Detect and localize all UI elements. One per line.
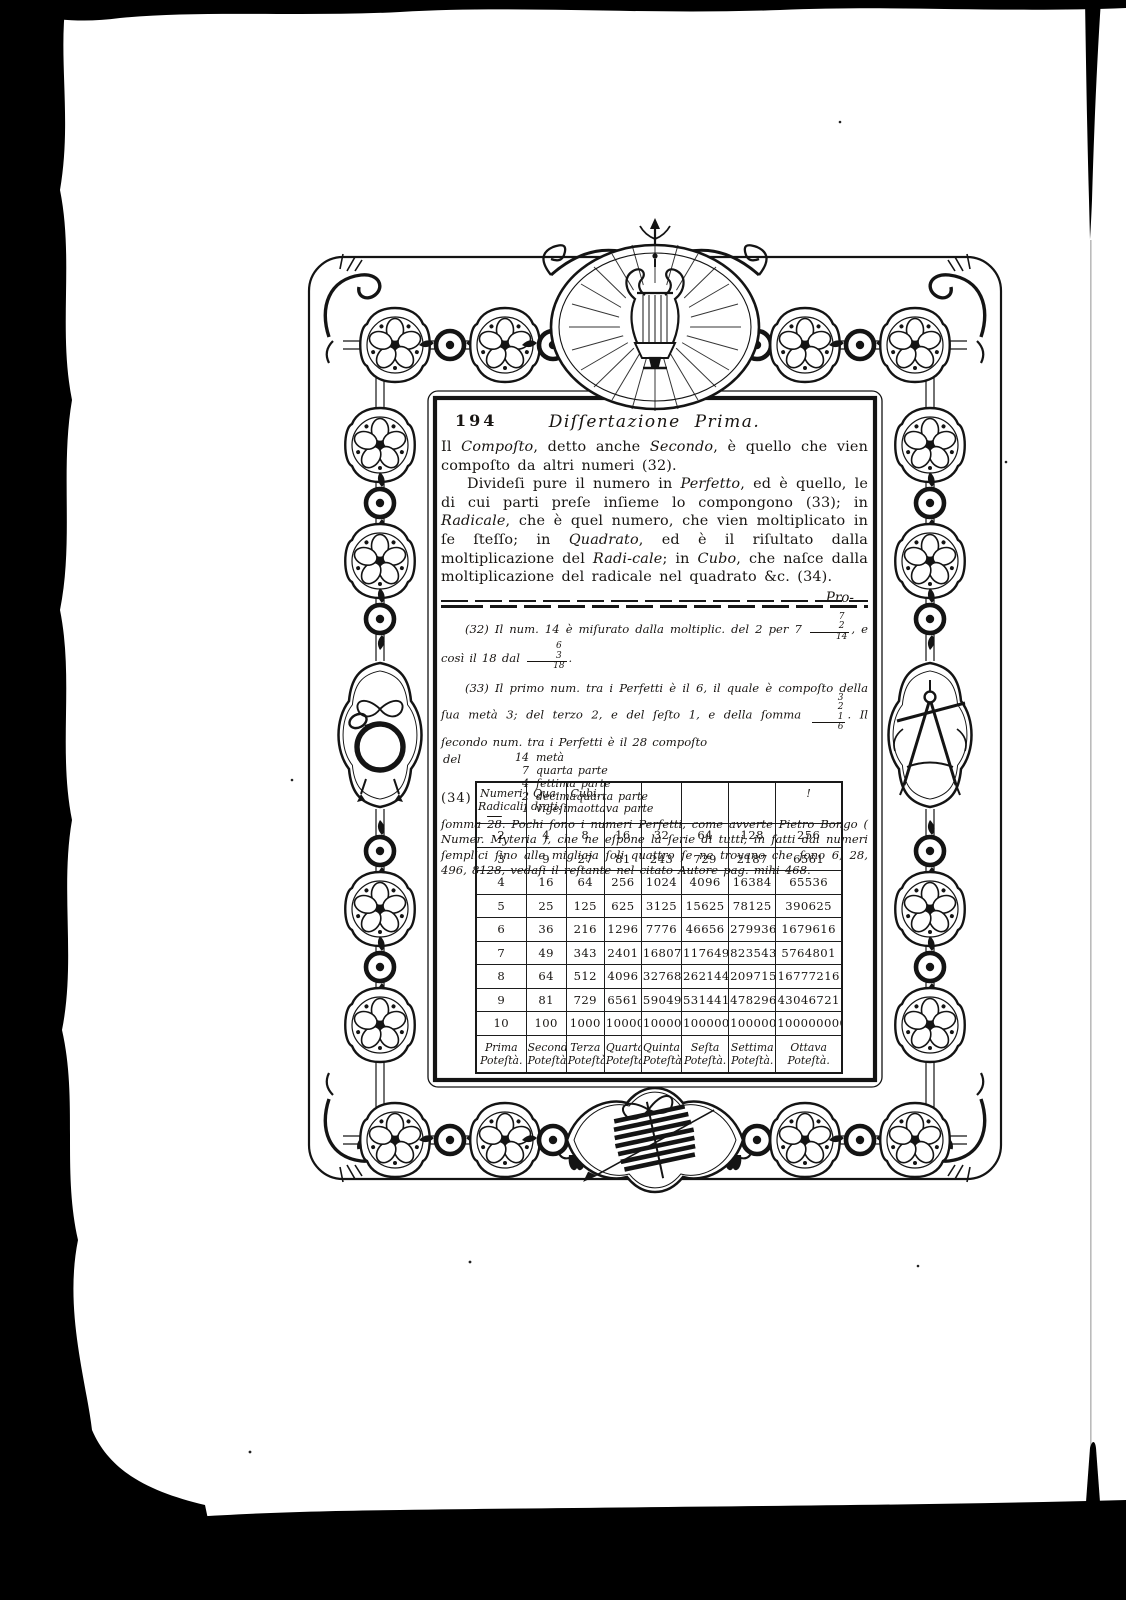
table-cell: 1000000 <box>682 1012 729 1036</box>
table-cell: 100 <box>526 1012 566 1036</box>
table-cell: 1679616 <box>776 918 842 942</box>
table-cell: 6561 <box>604 988 641 1012</box>
table-cell <box>729 782 776 824</box>
table-row: 39278124372921876561 <box>476 847 842 871</box>
table-cell: Qua- drati. <box>526 782 566 824</box>
table-cell <box>682 782 729 824</box>
table-row: 7493432401168071176498235435764801 <box>476 941 842 965</box>
table-cell <box>641 782 681 824</box>
table-row: 248163264128256 <box>476 824 842 848</box>
table-cell: 7776 <box>641 918 681 942</box>
table-cell: Quarta Poteſtà. <box>604 1035 641 1073</box>
paragraph: Il Compoſto, detto anche Secondo, è quel… <box>441 438 868 475</box>
table-cell: 65536 <box>776 871 842 895</box>
table-row: 1010010001000010000010000001000000010000… <box>476 1012 842 1036</box>
table-cell: 46656 <box>682 918 729 942</box>
table-cell: 243 <box>641 847 681 871</box>
table-cell: 8 <box>476 965 526 989</box>
table-cell: Quinta Poteſtà. <box>641 1035 681 1073</box>
table-cell: 729 <box>682 847 729 871</box>
table-cell: 1000 <box>566 1012 604 1036</box>
table-cell: 43046721 <box>776 988 842 1012</box>
table-cell: 81 <box>526 988 566 1012</box>
table-cell: 729 <box>566 988 604 1012</box>
table-cell: 8 <box>566 824 604 848</box>
table-cell: 512 <box>566 965 604 989</box>
table-cell: 4096 <box>682 871 729 895</box>
sum-stack: 3216 <box>812 694 846 733</box>
table-cell: 64 <box>682 824 729 848</box>
table-cell: 10000000 <box>729 1012 776 1036</box>
footnote-34-label: (34) <box>441 781 475 1074</box>
table-cell: 2187 <box>729 847 776 871</box>
table-row: Numeri Radicali.Qua- drati.Cubi.! <box>476 782 842 824</box>
bottom-cartouche <box>567 1087 743 1195</box>
fraction-stack: 7214 <box>810 613 849 643</box>
table-cell: 4096 <box>604 965 641 989</box>
table-cell: 32768 <box>641 965 681 989</box>
table-cell: 27 <box>566 847 604 871</box>
table-cell: 4 <box>526 824 566 848</box>
scan-line-right <box>1090 240 1092 1455</box>
table-cell: 2 <box>476 824 526 848</box>
table-cell: Ottava Poteſtà. <box>776 1035 842 1073</box>
hunting-horn-icon <box>347 701 403 802</box>
scan-edge-top <box>0 0 1126 21</box>
table-cell: 16384 <box>729 871 776 895</box>
table-row: 63621612967776466562799361679616 <box>476 918 842 942</box>
table-cell: 36 <box>526 918 566 942</box>
table-cell: 15625 <box>682 894 729 918</box>
scan-edge-right <box>1085 0 1101 240</box>
footnote-rule <box>441 600 868 608</box>
table-cell: 4 <box>476 871 526 895</box>
table-cell: 343 <box>566 941 604 965</box>
table-cell: 3125 <box>641 894 681 918</box>
table-cell: 16 <box>604 824 641 848</box>
table-cell: 262144 <box>682 965 729 989</box>
table-cell: 2097152 <box>729 965 776 989</box>
table-cell: Cubi. <box>566 782 604 824</box>
table-row: 52512562531251562578125390625 <box>476 894 842 918</box>
table-cell: Numeri Radicali. <box>476 782 526 824</box>
table-cell: 256 <box>776 824 842 848</box>
table-cell: 16 <box>526 871 566 895</box>
table-cell: 100000000 <box>776 1012 842 1036</box>
table-row: Prima Poteſtà.Seconda Poteſtà.Terza Pote… <box>476 1035 842 1073</box>
scanned-book-page: 194 Diſſertazione Prima. Il Compoſto, de… <box>0 0 1126 1600</box>
table-cell: Seſta Poteſtà. <box>682 1035 729 1073</box>
table-cell: 7 <box>476 941 526 965</box>
top-cartouche <box>543 218 766 411</box>
table-cell: 10000 <box>604 1012 641 1036</box>
table-cell: 5 <box>476 894 526 918</box>
page-number: 194 <box>455 411 497 430</box>
table-cell: 3 <box>476 847 526 871</box>
table-cell: ! <box>776 782 842 824</box>
table-cell: 9 <box>476 988 526 1012</box>
table-cell: 9 <box>526 847 566 871</box>
table-row: 981729656159049531441478296943046721 <box>476 988 842 1012</box>
table-cell: 1024 <box>641 871 681 895</box>
table-cell: 32 <box>641 824 681 848</box>
powers-table: Numeri Radicali.Qua- drati.Cubi.!2481632… <box>475 781 843 1074</box>
table-cell: 5764801 <box>776 941 842 965</box>
table-cell: 81 <box>604 847 641 871</box>
table-cell: 531441 <box>682 988 729 1012</box>
powers-table-section: (34) Numeri Radicali.Qua- drati.Cubi.!24… <box>441 781 868 1074</box>
table-cell: 823543 <box>729 941 776 965</box>
lyre-icon <box>626 253 683 368</box>
table-cell: 117649 <box>682 941 729 965</box>
table-cell: 16807 <box>641 941 681 965</box>
table-cell: 216 <box>566 918 604 942</box>
table-cell <box>604 782 641 824</box>
table-cell: 125 <box>566 894 604 918</box>
table-cell: 256 <box>604 871 641 895</box>
table-cell: 16777216 <box>776 965 842 989</box>
fraction-stack: 6318 <box>527 642 566 672</box>
body-text: Il Compoſto, detto anche Secondo, è quel… <box>441 438 868 587</box>
table-cell: 128 <box>729 824 776 848</box>
left-cartouche <box>339 663 422 807</box>
table-cell: Seconda Poteſtà. <box>526 1035 566 1073</box>
table-cell: 625 <box>604 894 641 918</box>
table-cell: 64 <box>526 965 566 989</box>
text-panel: 194 Diſſertazione Prima. Il Compoſto, de… <box>441 407 868 1079</box>
compass-dividers-icon <box>894 680 966 795</box>
footnote-32: (32) Il num. 14 è miſurato dalla moltipl… <box>441 615 868 674</box>
table-cell: Prima Poteſtà. <box>476 1035 526 1073</box>
scan-edge-bottom <box>0 1500 1126 1600</box>
pan-flute-icon <box>569 1087 725 1195</box>
table-cell: 64 <box>566 871 604 895</box>
paragraph: Divideſi pure il numero in Perfetto, ed … <box>441 475 868 587</box>
table-cell: Terza Poteſtà. <box>566 1035 604 1073</box>
table-cell: 10 <box>476 1012 526 1036</box>
table-cell: 6561 <box>776 847 842 871</box>
table-cell: 1296 <box>604 918 641 942</box>
table-cell: Settima Poteſtà. <box>729 1035 776 1073</box>
footnote-33: (33) Il primo num. tra i Perfetti è il 6… <box>441 681 868 750</box>
list-item: 7quarta parte <box>507 765 868 778</box>
table-cell: 49 <box>526 941 566 965</box>
running-title: Diſſertazione Prima. <box>441 412 868 432</box>
table-cell: 2401 <box>604 941 641 965</box>
table-row: 41664256102440961638465536 <box>476 871 842 895</box>
right-cartouche <box>889 663 972 807</box>
scan-edge-left <box>0 0 225 1600</box>
sunburst-icon <box>569 243 741 411</box>
table-cell: 6 <box>476 918 526 942</box>
scan-spike-right <box>1086 1442 1100 1502</box>
table-cell: 100000 <box>641 1012 681 1036</box>
table-cell: 78125 <box>729 894 776 918</box>
table-cell: 279936 <box>729 918 776 942</box>
table-cell: 59049 <box>641 988 681 1012</box>
table-cell: 390625 <box>776 894 842 918</box>
table-row: 864512409632768262144209715216777216 <box>476 965 842 989</box>
table-cell: 4782969 <box>729 988 776 1012</box>
table-cell: 25 <box>526 894 566 918</box>
